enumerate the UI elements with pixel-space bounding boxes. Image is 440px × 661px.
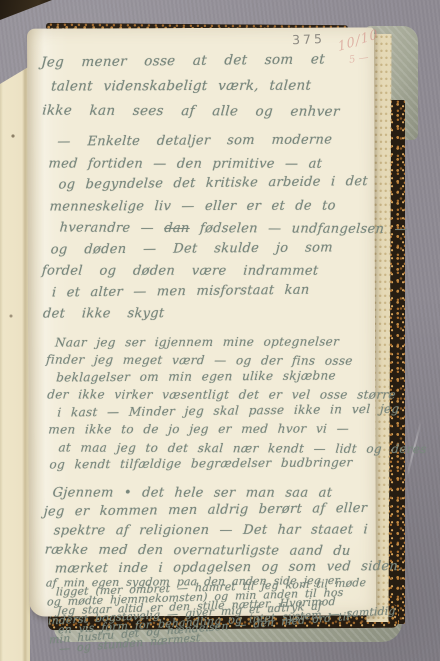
book-spine-corner-top-left xyxy=(0,0,52,20)
manuscript-paragraph: Gjennem • det hele ser man saa atjeg er … xyxy=(43,482,362,654)
manuscript-line: og døden — Det skulde jo som xyxy=(50,237,360,261)
manuscript-line: i et alter — men misforstaat kan xyxy=(51,279,360,304)
manuscript-line: og kendt tilfældige begrædelser budbring… xyxy=(49,454,361,474)
handwritten-text: Jeg mener osse at det som ettalent viden… xyxy=(41,49,361,654)
manuscript-line: menneskelige liv — eller er et de to xyxy=(49,195,360,218)
manuscript-line: jeg er kommen men aldrig berørt af eller xyxy=(43,499,361,522)
manuscript-photograph: 375 10/10 5 — Jeg mener osse at det som … xyxy=(0,0,440,661)
manuscript-page: 375 10/10 5 — Jeg mener osse at det som … xyxy=(27,27,376,616)
manuscript-line: i kast — Minder jeg skal passe ikke in v… xyxy=(57,401,361,422)
manuscript-line: talent videnskabeligt værk, talent xyxy=(50,73,360,98)
page-number: 375 xyxy=(292,31,325,47)
manuscript-line: og begyndelse det kritiske arbeide i det xyxy=(58,171,360,196)
manuscript-paragraph: Jeg mener osse at det som ettalent viden… xyxy=(41,49,359,122)
manuscript-line: spektre af religionen — Det har staaet i xyxy=(53,520,361,540)
manuscript-line: — Enkelte detaljer som moderne xyxy=(57,129,360,153)
manuscript-line: Jeg mener osse at det som et xyxy=(40,47,359,75)
manuscript-line: Naar jeg ser igjennem mine optegnelser xyxy=(54,333,360,352)
page-edge-stack-left xyxy=(0,66,30,661)
manuscript-line: ikke kan sees af alle og enhver xyxy=(41,99,360,124)
manuscript-line: beklagelser om min egen ulike skjæbne xyxy=(56,367,361,387)
manuscript-line: men ikke to de jo jeg er med hvor vi — xyxy=(48,420,361,439)
manuscript-paragraph: — Enkelte detaljer som modernemed fortid… xyxy=(41,130,360,325)
manuscript-line: det ikke skygt xyxy=(42,302,360,325)
manuscript-paragraph: Naar jeg ser igjennem mine optegnelserfi… xyxy=(42,333,360,474)
